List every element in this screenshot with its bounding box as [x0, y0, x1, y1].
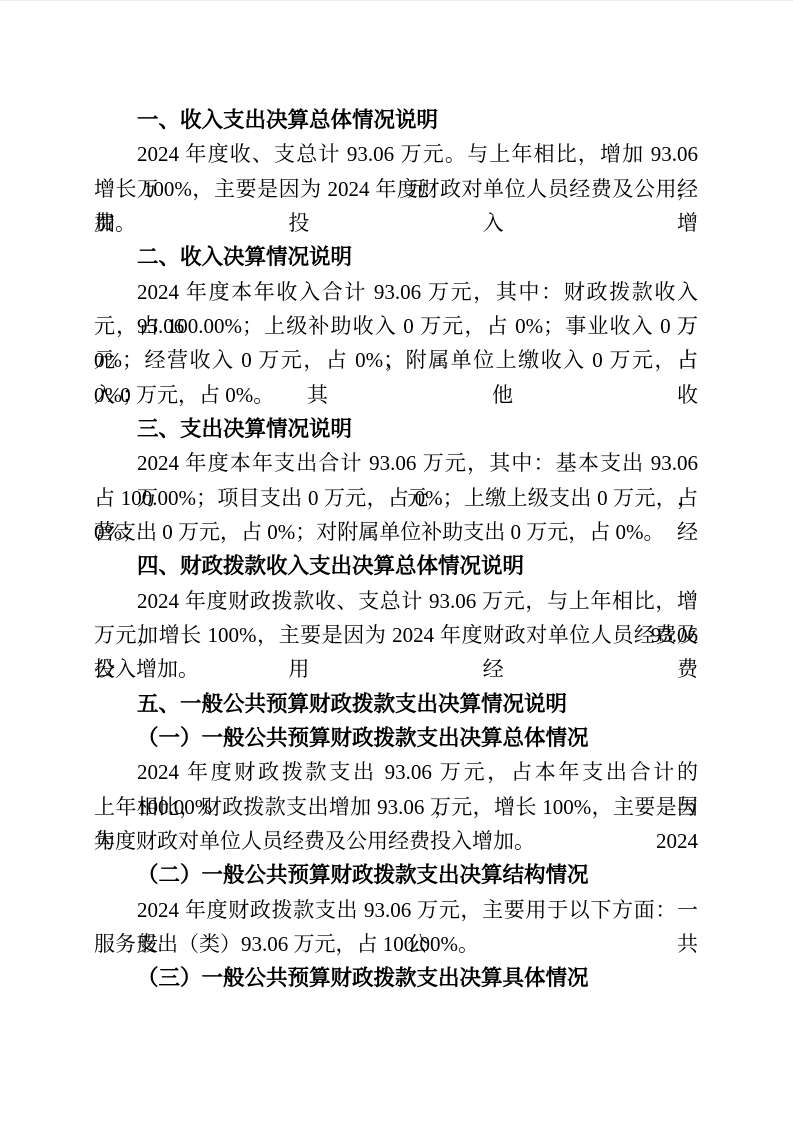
section-5-1-paragraph-line-2: 上年相比，财政拨款支出增加 93.06 万元，增长 100%，主要是因为 202…: [94, 790, 698, 824]
section-2-paragraph-line-3: 0%；经营收入 0 万元，占 0%；附属单位上缴收入 0 万元，占 0%；其他收: [94, 343, 698, 377]
section-4-heading: 四、财政拨款收入支出决算总体情况说明: [94, 549, 698, 583]
section-5-2-paragraph-line-1: 2024 年度财政拨款支出 93.06 万元，主要用于以下方面：一般公共: [94, 893, 698, 927]
section-4-paragraph-line-2: 万元，增长 100%，主要是因为 2024 年度财政对单位人员经费及公用经费: [94, 618, 698, 652]
document-page: 一、收入支出决算总体情况说明 2024 年度收、支总计 93.06 万元。与上年…: [0, 0, 793, 1123]
section-3-paragraph-line-1: 2024 年度本年支出合计 93.06 万元，其中：基本支出 93.06 万元，: [94, 446, 698, 480]
section-5-2-subheading: （二）一般公共预算财政拨款支出决算结构情况: [94, 858, 698, 892]
section-3-paragraph-line-3: 营支出 0 万元，占 0%；对附属单位补助支出 0 万元，占 0%。: [94, 515, 698, 549]
section-1-paragraph-line-1: 2024 年度收、支总计 93.06 万元。与上年相比，增加 93.06 万元，: [94, 137, 698, 171]
section-5-1-subheading: （一）一般公共预算财政拨款支出决算总体情况: [94, 721, 698, 755]
document-body: 一、收入支出决算总体情况说明 2024 年度收、支总计 93.06 万元。与上年…: [94, 103, 698, 996]
section-5-heading: 五、一般公共预算财政拨款支出决算情况说明: [94, 687, 698, 721]
section-2-paragraph-line-2: 元，占 100.00%；上级补助收入 0 万元，占 0%；事业收入 0 万元，占: [94, 309, 698, 343]
section-3-heading: 三、支出决算情况说明: [94, 412, 698, 446]
section-2-paragraph-line-1: 2024 年度本年收入合计 93.06 万元，其中：财政拨款收入 93.06 万: [94, 275, 698, 309]
section-4-paragraph-line-1: 2024 年度财政拨款收、支总计 93.06 万元，与上年相比，增加 93.06: [94, 584, 698, 618]
section-3-paragraph-line-2: 占 100.00%；项目支出 0 万元，占 0%；上缴上级支出 0 万元，占 0…: [94, 481, 698, 515]
section-5-3-subheading: （三）一般公共预算财政拨款支出决算具体情况: [94, 961, 698, 995]
section-1-heading: 一、收入支出决算总体情况说明: [94, 103, 698, 137]
section-1-paragraph-line-2: 增长 100%，主要是因为 2024 年度财政对单位人员经费及公用经费投入增: [94, 172, 698, 206]
section-2-heading: 二、收入决算情况说明: [94, 240, 698, 274]
section-5-1-paragraph-line-1: 2024 年度财政拨款支出 93.06 万元，占本年支出合计的 100.00%，…: [94, 755, 698, 789]
